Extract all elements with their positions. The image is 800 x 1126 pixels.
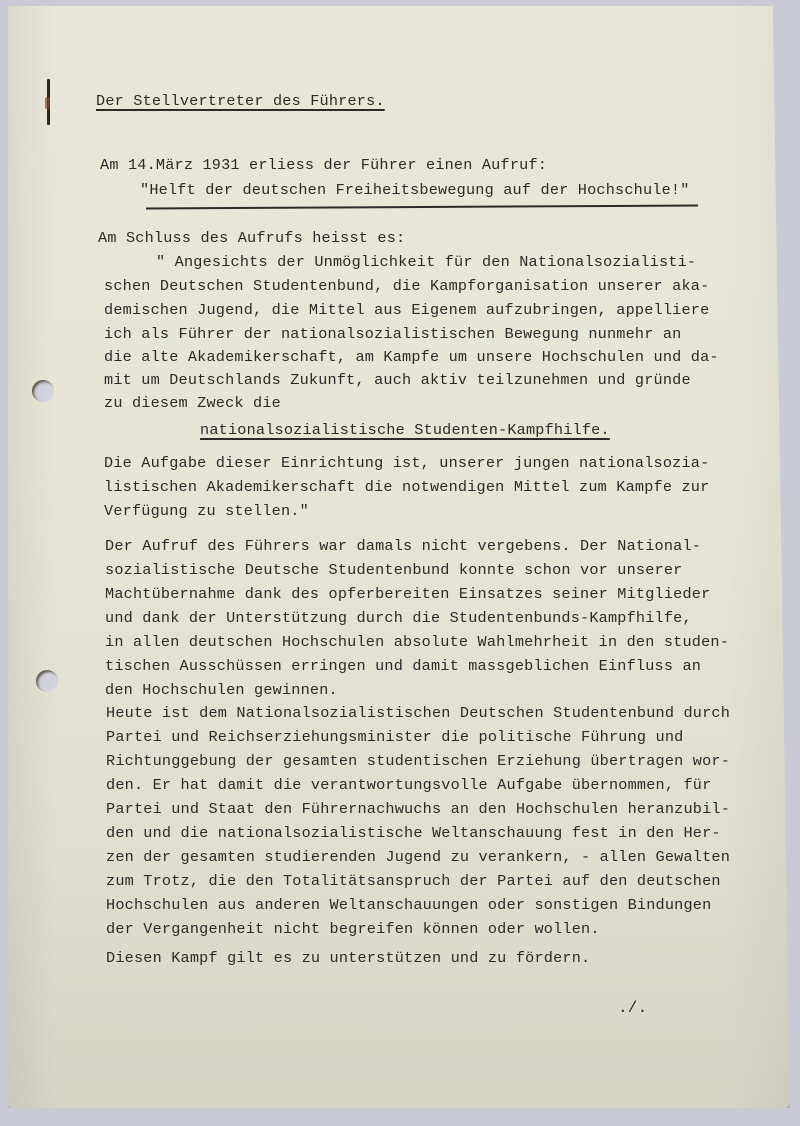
- body-line: den. Er hat damit die verantwortungsvoll…: [106, 775, 711, 795]
- body-line: den Hochschulen gewinnen.: [105, 680, 338, 700]
- punch-hole-bottom: [36, 670, 58, 692]
- quote-line: zu diesem Zweck die: [104, 393, 281, 413]
- binder-mark: [47, 79, 50, 125]
- body-line: zen der gesamten studierenden Jugend zu …: [106, 847, 730, 867]
- body-line: tischen Ausschüssen erringen und damit m…: [105, 656, 701, 676]
- body-line: Richtunggebung der gesamten studentische…: [106, 751, 730, 771]
- intro-line: Am 14.März 1931 erliess der Führer einen…: [100, 155, 547, 175]
- quote-line: die alte Akademikerschaft, am Kampfe um …: [104, 347, 719, 367]
- purpose-line: Die Aufgabe dieser Einrichtung ist, unse…: [104, 453, 709, 473]
- body-line: Der Aufruf des Führers war damals nicht …: [105, 536, 701, 556]
- body-line: Partei und Staat den Führernachwuchs an …: [106, 799, 730, 819]
- body-line: zum Trotz, die den Totalitätsanspruch de…: [106, 871, 721, 891]
- body-line: und dank der Unterstützung durch die Stu…: [105, 608, 692, 628]
- quote-line: " Angesichts der Unmöglichkeit für den N…: [156, 252, 696, 272]
- body-line: Heute ist dem Nationalsozialistischen De…: [106, 703, 730, 723]
- typewritten-page: Der Stellvertreter des Führers. Am 14.Mä…: [8, 6, 790, 1108]
- body-line: Machtübernahme dank des opferbereiten Ei…: [105, 584, 710, 604]
- body-line: sozialistische Deutsche Studentenbund ko…: [105, 560, 682, 580]
- document-heading: Der Stellvertreter des Führers.: [96, 91, 385, 111]
- continuation-mark: ./.: [618, 998, 647, 1018]
- body-line: Partei und Reichserziehungsminister die …: [106, 727, 683, 747]
- purpose-line: Verfügung zu stellen.": [104, 501, 309, 521]
- purpose-line: listischen Akademikerschaft die notwendi…: [104, 477, 709, 497]
- body-line: in allen deutschen Hochschulen absolute …: [105, 632, 729, 652]
- quote-line: mit um Deutschlands Zukunft, auch aktiv …: [104, 370, 691, 390]
- quote-line: demischen Jugend, die Mittel aus Eigenem…: [104, 300, 709, 320]
- quote-line: ich als Führer der nationalsozialistisch…: [104, 324, 681, 344]
- body-line: den und die nationalsozialistische Welta…: [106, 823, 721, 843]
- body-line: Hochschulen aus anderen Weltanschauungen…: [106, 895, 711, 915]
- organization-name: nationalsozialistische Studenten-Kampfhi…: [200, 420, 610, 440]
- appeal-title-underline: [146, 205, 698, 210]
- punch-hole-top: [32, 380, 54, 402]
- appeal-title: "Helft der deutschen Freiheitsbewegung a…: [140, 180, 690, 200]
- closing-line: Diesen Kampf gilt es zu unterstützen und…: [106, 948, 590, 968]
- quote-line: schen Deutschen Studentenbund, die Kampf…: [104, 276, 709, 296]
- body-line: der Vergangenheit nicht begreifen können…: [106, 919, 600, 939]
- quote-intro: Am Schluss des Aufrufs heisst es:: [98, 228, 405, 248]
